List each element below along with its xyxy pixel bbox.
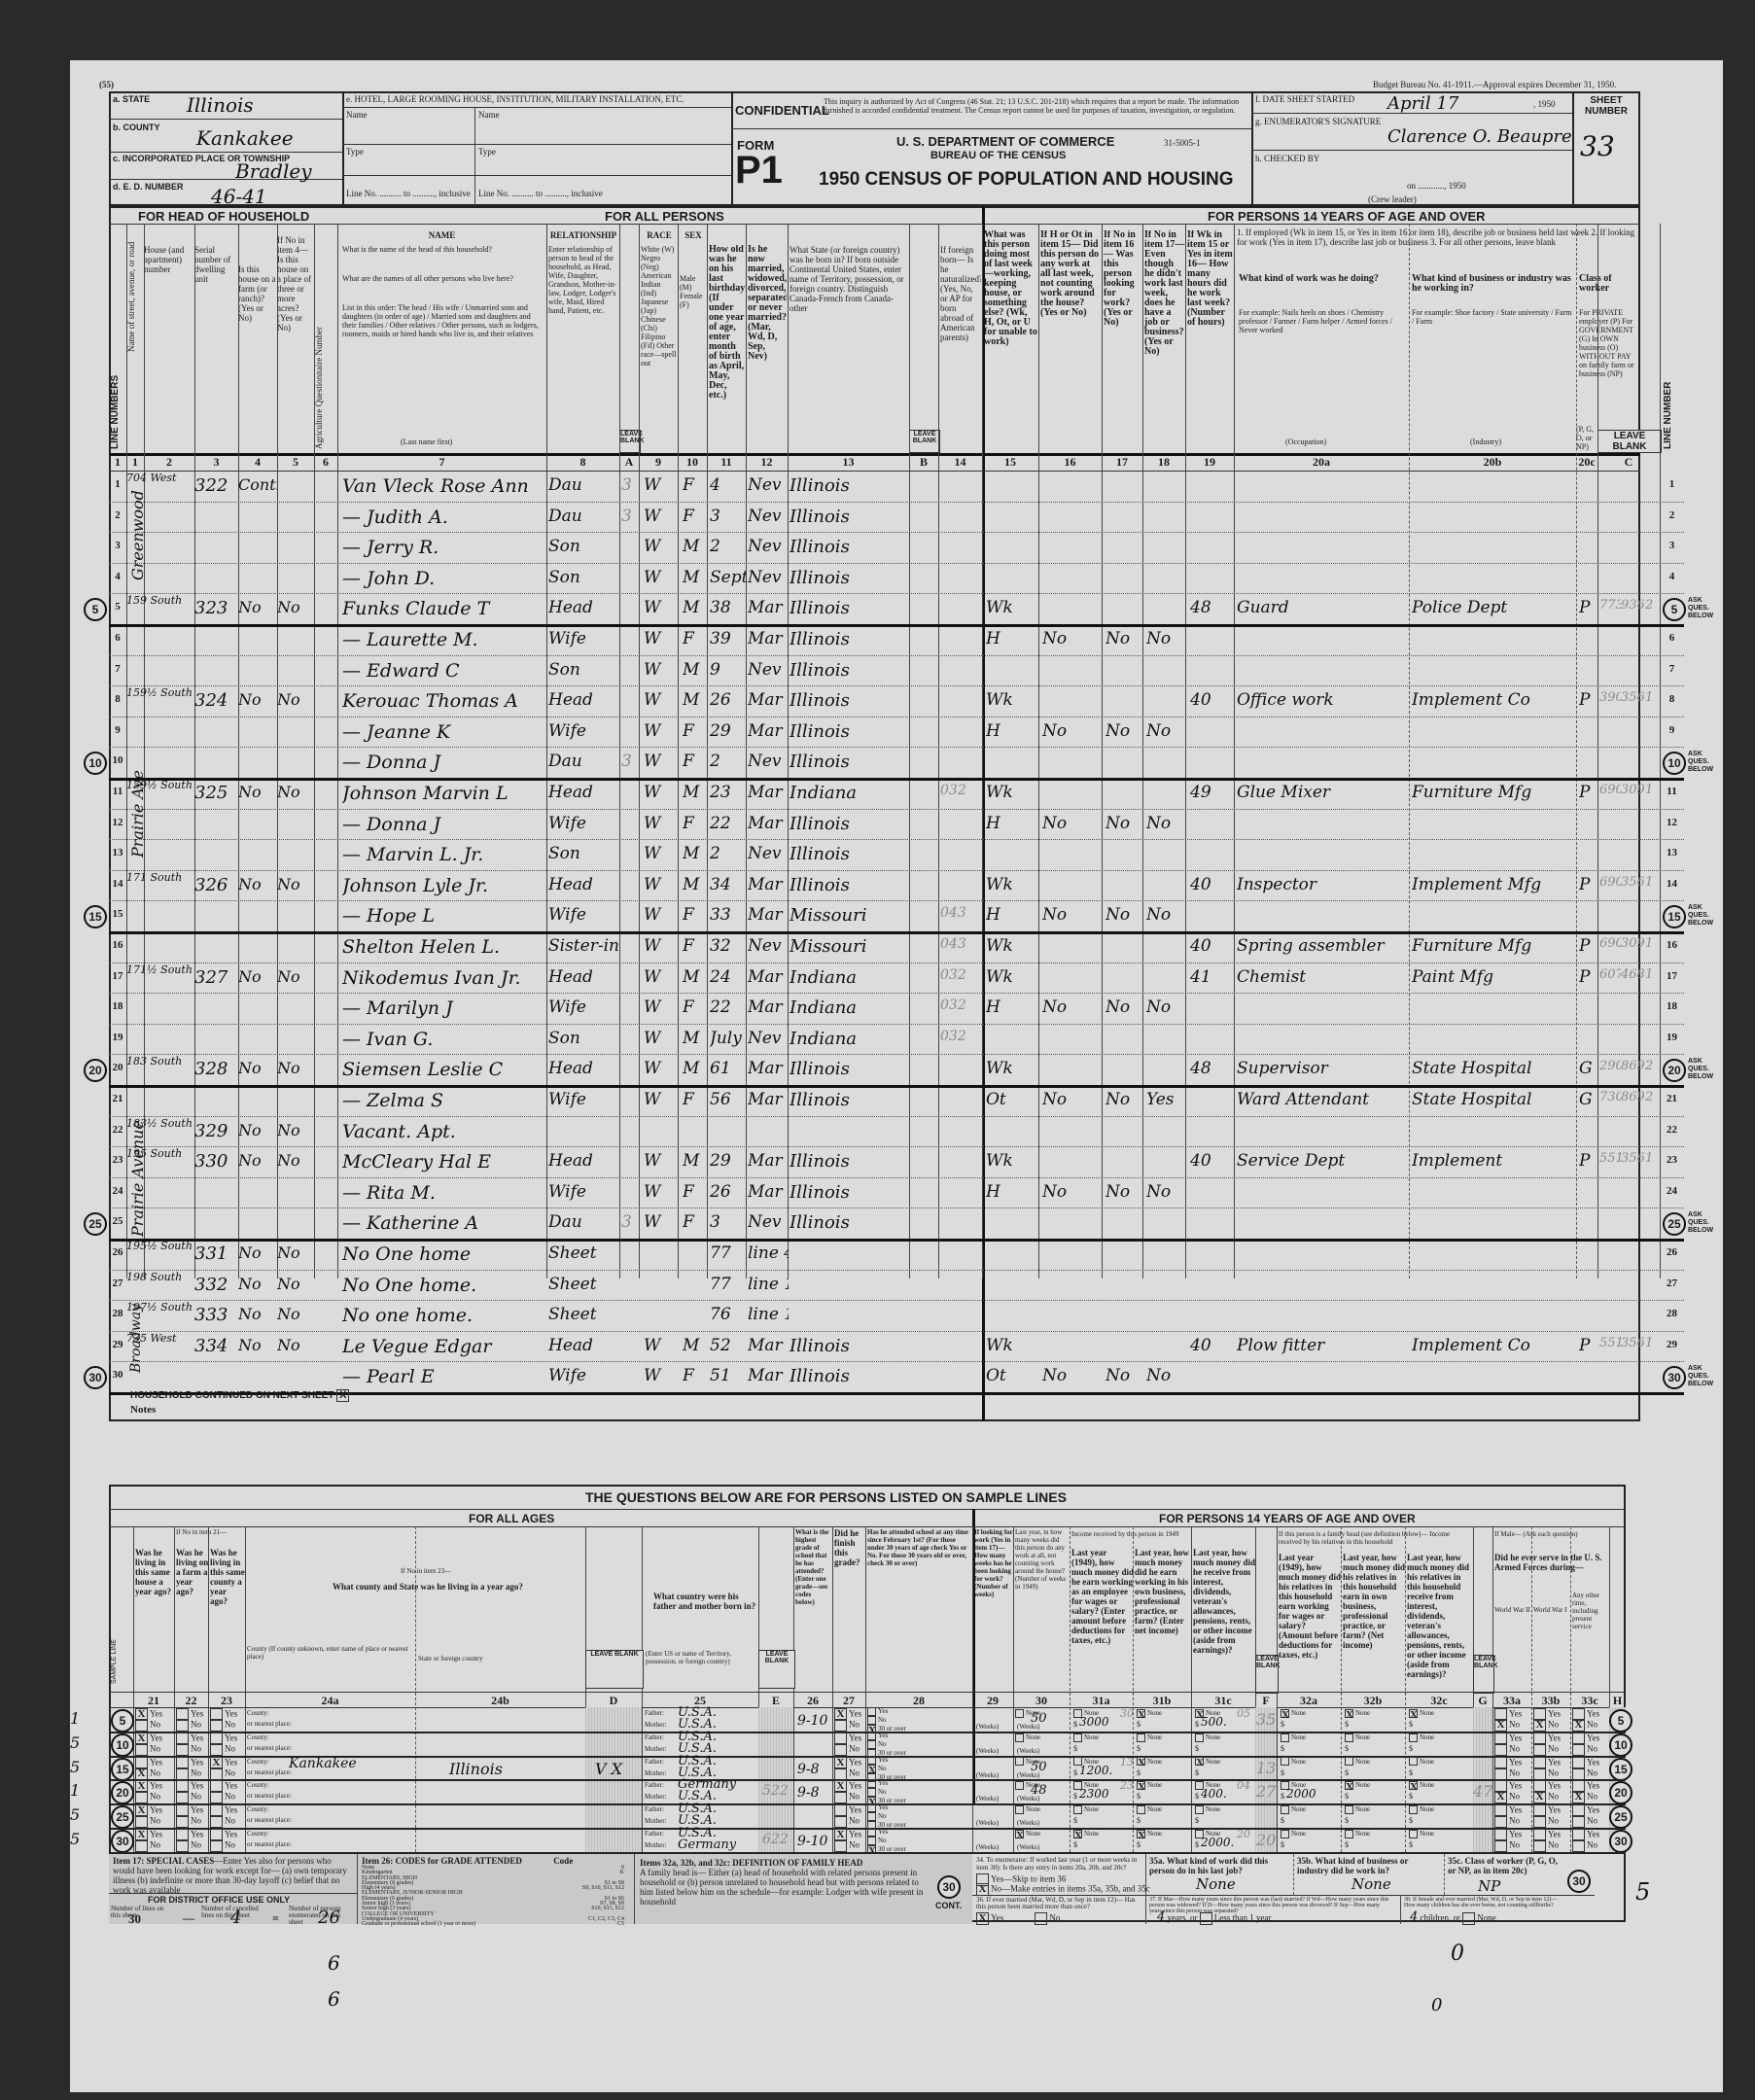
q38-suffix: children, or bbox=[1421, 1913, 1460, 1923]
q28-no-checkbox[interactable] bbox=[867, 1812, 876, 1821]
checkbox-label: No bbox=[150, 1840, 160, 1850]
cell-sex: F bbox=[683, 629, 707, 648]
checkbox-label: No bbox=[849, 1816, 860, 1826]
q31b-none-checkbox[interactable]: X bbox=[1137, 1709, 1145, 1718]
q28-no-checkbox[interactable] bbox=[867, 1716, 876, 1725]
cell-c15: Wk bbox=[986, 936, 1038, 956]
ask-questions-below: ASK QUES. BELOW bbox=[1688, 751, 1713, 774]
q31a-none-checkbox[interactable]: X bbox=[1073, 1830, 1082, 1838]
q31c-value: 500. bbox=[1201, 1715, 1227, 1729]
sample-line-marker-right: 20 bbox=[1663, 1059, 1686, 1082]
q28-yes-checkbox[interactable] bbox=[867, 1707, 876, 1716]
checkbox-label: No bbox=[1509, 1816, 1520, 1826]
cell-race: W bbox=[644, 752, 678, 771]
f-code: 20 bbox=[1256, 1831, 1276, 1849]
title-block: CONFIDENTIAL This inquiry is authorized … bbox=[731, 91, 1253, 206]
mother-label: Mother: bbox=[645, 1792, 667, 1802]
grade-value: 9-10 bbox=[797, 1834, 827, 1849]
q30-none-checkbox[interactable] bbox=[1015, 1709, 1024, 1718]
county-label: County: bbox=[247, 1757, 269, 1767]
sample-header-q33c: Any other time, including present servic… bbox=[1572, 1592, 1609, 1679]
header-c5: If No in item 4— Is this house on a plac… bbox=[277, 235, 314, 449]
state-value: Illinois bbox=[449, 1760, 503, 1778]
column-number: 6 bbox=[314, 455, 337, 470]
cell-name: — John D. bbox=[342, 568, 546, 589]
cell-rel: Son bbox=[548, 844, 618, 863]
other-no-checkbox[interactable]: X bbox=[1572, 1791, 1585, 1803]
checkbox-ww2-no: No bbox=[1494, 1743, 1520, 1756]
q32a-none-checkbox[interactable] bbox=[1281, 1757, 1289, 1766]
cell-code2: 936 bbox=[1621, 598, 1644, 612]
other-no-checkbox[interactable] bbox=[1572, 1815, 1585, 1828]
q32b-none-checkbox[interactable] bbox=[1345, 1757, 1353, 1766]
cell-race: W bbox=[644, 598, 678, 617]
q32a-none-checkbox[interactable] bbox=[1281, 1733, 1289, 1742]
ww1-no-checkbox[interactable]: X bbox=[1533, 1719, 1546, 1732]
q32b-none-checkbox[interactable] bbox=[1345, 1733, 1353, 1742]
ww1-no-checkbox[interactable] bbox=[1533, 1815, 1546, 1828]
q31b-none-checkbox[interactable]: X bbox=[1137, 1781, 1145, 1790]
weeks-label-29: (Weeks) bbox=[976, 1794, 999, 1803]
sample-header-q32b: Last year, how much money did his relati… bbox=[1343, 1553, 1405, 1689]
checkbox-label: No bbox=[150, 1720, 160, 1730]
sample-column-number: 24b bbox=[415, 1694, 585, 1708]
header-c12: Is he now married, widowed, divorced, se… bbox=[748, 245, 787, 449]
cell-rel: Dau bbox=[548, 507, 618, 526]
q28-yes-checkbox[interactable] bbox=[867, 1732, 876, 1740]
q31b-none-checkbox[interactable]: X bbox=[1137, 1757, 1145, 1766]
cell-born: Illinois bbox=[790, 1090, 908, 1110]
none-label: None bbox=[1147, 1758, 1162, 1766]
column-number: A bbox=[619, 455, 639, 470]
line-number: 16 bbox=[109, 939, 126, 951]
q28-yes-checkbox[interactable] bbox=[867, 1779, 876, 1788]
state-label: a. STATE bbox=[113, 94, 150, 104]
q28-yes-label: Yes bbox=[878, 1756, 888, 1764]
header-c20c: Class of worker bbox=[1579, 274, 1637, 303]
line-number-right: 16 bbox=[1660, 939, 1684, 951]
q30-none-checkbox[interactable]: X bbox=[1015, 1830, 1024, 1838]
q22-no-checkbox[interactable] bbox=[176, 1743, 189, 1756]
cell-race: W bbox=[644, 905, 678, 925]
q32c-none-checkbox[interactable] bbox=[1409, 1733, 1418, 1742]
q31c-none-checkbox[interactable] bbox=[1195, 1733, 1204, 1742]
checkbox-other-no: XNo bbox=[1572, 1719, 1597, 1732]
ww2-no-checkbox[interactable] bbox=[1494, 1767, 1507, 1780]
cell-rel: Sheet bbox=[548, 1305, 618, 1324]
line-number-right: 14 bbox=[1660, 878, 1684, 890]
other-no-checkbox[interactable] bbox=[1572, 1743, 1585, 1756]
checkbox-label: No bbox=[191, 1816, 201, 1826]
q21-no-checkbox[interactable] bbox=[135, 1743, 148, 1756]
q21-no-checkbox[interactable] bbox=[135, 1815, 148, 1828]
q23-no-checkbox[interactable] bbox=[210, 1719, 223, 1732]
checkbox-q22-no: No bbox=[176, 1815, 201, 1828]
ask-questions-below: ASK QUES. BELOW bbox=[1688, 597, 1713, 620]
cell-farm: No bbox=[238, 875, 277, 893]
checkbox-label: No bbox=[849, 1840, 860, 1850]
father-label: Father: bbox=[645, 1708, 664, 1718]
line-number-right: 28 bbox=[1660, 1308, 1684, 1319]
sample-column-number: 30 bbox=[1013, 1694, 1070, 1708]
q28-yes-label: Yes bbox=[878, 1732, 888, 1739]
q31a-none-checkbox[interactable] bbox=[1073, 1733, 1082, 1742]
cell-rel: Head bbox=[548, 875, 618, 894]
q32c-none-checkbox[interactable]: X bbox=[1409, 1781, 1418, 1790]
checkbox-label: No bbox=[1509, 1720, 1520, 1730]
cell-acres: No bbox=[277, 875, 314, 893]
checkbox-label: No bbox=[849, 1743, 860, 1753]
crew-leader-label: (Crew leader) bbox=[1368, 194, 1417, 204]
nearest-place-label: or nearest place: bbox=[247, 1839, 292, 1849]
other-no-checkbox[interactable] bbox=[1572, 1839, 1585, 1852]
q21-no-checkbox[interactable] bbox=[135, 1791, 148, 1803]
cell-code3: 1 bbox=[1645, 875, 1659, 890]
q28-no-checkbox[interactable]: X bbox=[867, 1765, 876, 1773]
ww2-no-checkbox[interactable]: X bbox=[1494, 1791, 1507, 1803]
dollar-sign: $ bbox=[1137, 1792, 1141, 1802]
sample-header-q33a: World War II bbox=[1494, 1606, 1533, 1645]
q37-less-checkbox[interactable] bbox=[1200, 1912, 1212, 1925]
q21-no-checkbox[interactable] bbox=[135, 1839, 148, 1852]
cell-race: W bbox=[644, 844, 678, 863]
cell-mar: Mar bbox=[748, 814, 789, 833]
ww1-no-checkbox[interactable] bbox=[1533, 1839, 1546, 1852]
budget-note: Budget Bureau No. 41-1911.—Approval expi… bbox=[1373, 80, 1616, 89]
checkbox-label: Yes bbox=[1509, 1781, 1522, 1791]
table-row: 22— Judith A.Dau3WF3NevIllinois bbox=[109, 502, 1684, 533]
dollar-sign: $ bbox=[1137, 1816, 1141, 1826]
cell-age: 2 bbox=[710, 537, 747, 556]
sample-section-title: THE QUESTIONS BELOW ARE FOR PERSONS LIST… bbox=[585, 1489, 1067, 1505]
dollar-sign: $ bbox=[1073, 1816, 1077, 1826]
cell-age: 3 bbox=[710, 507, 747, 526]
date-value: April 17 bbox=[1387, 93, 1458, 114]
column-number: 19 bbox=[1185, 455, 1234, 470]
table-row: 3030— Pearl EWifeWF51MarIllinoisOtNoNoNo… bbox=[109, 1361, 1684, 1392]
q31a-code: 30 bbox=[1120, 1707, 1134, 1720]
q22-no-checkbox[interactable] bbox=[176, 1719, 189, 1732]
q32c-none-checkbox[interactable] bbox=[1409, 1830, 1418, 1838]
q32b-none-checkbox[interactable] bbox=[1345, 1830, 1353, 1838]
cell-age: 3 bbox=[710, 1212, 747, 1232]
q31a-none: None bbox=[1073, 1732, 1099, 1742]
table-row: 99— Jeanne KWifeWF29MarIllinoisHNoNoNo bbox=[109, 717, 1684, 748]
q28-yes-checkbox[interactable] bbox=[867, 1756, 876, 1765]
cell-hrs: 41 bbox=[1190, 967, 1234, 987]
q22-no-checkbox[interactable] bbox=[176, 1767, 189, 1780]
lineno-label-2: Line No. .......... to .........., inclu… bbox=[478, 189, 726, 198]
g-code: 47 bbox=[1473, 1782, 1492, 1801]
cell-cls: P bbox=[1579, 783, 1598, 802]
q30-none-checkbox[interactable] bbox=[1015, 1805, 1024, 1814]
q21-no-checkbox[interactable]: X bbox=[135, 1767, 148, 1780]
checkbox-ww1-no: XNo bbox=[1533, 1719, 1559, 1732]
none-label: None bbox=[1291, 1805, 1306, 1813]
checkbox-label: No bbox=[1548, 1767, 1559, 1777]
cell-born: Illinois bbox=[790, 598, 908, 618]
checkbox-label: No bbox=[849, 1767, 860, 1777]
sample-line-marker-right: 30 bbox=[1663, 1366, 1686, 1389]
checkbox-ww1-no: No bbox=[1533, 1767, 1559, 1780]
cell-mar: Nev bbox=[748, 844, 789, 863]
cell-mar: line 1 bbox=[748, 1275, 789, 1294]
sample-header-sample-line: SAMPLE LINE bbox=[111, 1538, 132, 1684]
cell-c15: H bbox=[986, 629, 1038, 648]
cell-age: 52 bbox=[710, 1336, 747, 1355]
cell-born: Illinois bbox=[790, 660, 908, 681]
household-continued-checkbox[interactable]: X bbox=[336, 1389, 349, 1402]
table-row: 2121— Zelma SWifeWF56MarIllinoisOtNoNoYe… bbox=[109, 1085, 1684, 1116]
q23-no-checkbox[interactable] bbox=[210, 1815, 223, 1828]
cell-code3: 1 bbox=[1645, 783, 1659, 797]
sample-margin-mark: 1 bbox=[70, 1781, 80, 1800]
column-number: 1 bbox=[126, 455, 144, 470]
nearest-place-label: or nearest place: bbox=[247, 1791, 292, 1801]
cell-code3: 1 bbox=[1645, 690, 1659, 705]
ww2-no-checkbox[interactable] bbox=[1494, 1815, 1507, 1828]
e-code: 522 bbox=[762, 1783, 789, 1799]
ww1-no-checkbox[interactable]: X bbox=[1533, 1791, 1546, 1803]
q32b-none-checkbox[interactable]: X bbox=[1345, 1709, 1353, 1718]
special-cases: Item 17: SPECIAL CASES—Enter Yes also fo… bbox=[113, 1856, 351, 1895]
q30-none-checkbox[interactable] bbox=[1015, 1757, 1024, 1766]
cell-code2: 309 bbox=[1621, 936, 1644, 951]
checkbox-label: Yes bbox=[225, 1709, 237, 1719]
q23-no-checkbox[interactable] bbox=[210, 1767, 223, 1780]
checkbox-q27-no: No bbox=[834, 1719, 860, 1732]
q23-no-checkbox[interactable] bbox=[210, 1791, 223, 1803]
checkbox-q23-no: No bbox=[210, 1719, 235, 1732]
dollar-sign: $ bbox=[1073, 1768, 1077, 1778]
cell-age: 76 bbox=[710, 1305, 747, 1324]
cell-code1: 690 bbox=[1599, 783, 1621, 797]
q27-no-checkbox[interactable] bbox=[834, 1791, 847, 1803]
other-no-checkbox[interactable] bbox=[1572, 1767, 1585, 1780]
q32a-none-checkbox[interactable] bbox=[1281, 1805, 1289, 1814]
header-c3: Serial number of dwelling unit bbox=[194, 245, 238, 439]
table-row: 1010— Donna JDau3WF2NevIllinois1010ASK Q… bbox=[109, 747, 1684, 778]
q36-yes-checkbox[interactable]: X bbox=[976, 1912, 989, 1925]
q31b-none-checkbox[interactable] bbox=[1137, 1733, 1145, 1742]
cell-mar: Nev bbox=[748, 568, 789, 587]
checkbox-label: No bbox=[1548, 1792, 1559, 1802]
q28-no-checkbox[interactable] bbox=[867, 1788, 876, 1797]
q28-yes-checkbox[interactable] bbox=[867, 1828, 876, 1837]
sample-line-marker-right: 25 bbox=[1663, 1212, 1686, 1236]
grade-codes-title-text: Item 26: CODES for GRADE ATTENDED bbox=[362, 1856, 522, 1866]
q32a-none: None bbox=[1281, 1732, 1306, 1742]
cell-occ: Chemist bbox=[1237, 967, 1410, 987]
table-row: 77— Edward CSonWM9NevIllinois bbox=[109, 655, 1684, 686]
table-row: 55159 South323NoNoFunks Claude THeadWM38… bbox=[109, 593, 1684, 624]
cell-age: 56 bbox=[710, 1090, 747, 1109]
sample-header-q25-note: (Enter US or name of Territory, possessi… bbox=[646, 1650, 757, 1689]
q31c-none-checkbox[interactable] bbox=[1195, 1805, 1204, 1814]
cell-ind: Furniture Mfg bbox=[1412, 936, 1575, 956]
header-c8-title: RELATIONSHIP bbox=[548, 230, 618, 245]
q32c-none-checkbox[interactable] bbox=[1409, 1757, 1418, 1766]
q32c-none: None bbox=[1409, 1804, 1434, 1814]
q32a-none: None bbox=[1281, 1829, 1306, 1838]
q27-no-checkbox[interactable] bbox=[834, 1839, 847, 1852]
q28-no-label: No bbox=[878, 1740, 887, 1748]
ww1-no-checkbox[interactable] bbox=[1533, 1743, 1546, 1756]
none-label: None bbox=[1355, 1805, 1370, 1813]
cell-serial: 332 bbox=[194, 1275, 238, 1295]
cell-mar: Mar bbox=[748, 1336, 789, 1355]
line-number: 4 bbox=[109, 571, 126, 582]
cell-mar: Nev bbox=[748, 1212, 789, 1232]
cell-mar: Nev bbox=[748, 537, 789, 556]
cell-race: W bbox=[644, 997, 678, 1017]
q28-yes-checkbox[interactable] bbox=[867, 1803, 876, 1812]
cell-serial: 331 bbox=[194, 1243, 238, 1264]
cell-code2: 869 bbox=[1621, 1059, 1644, 1073]
q37-suffix: years, or bbox=[1168, 1913, 1198, 1923]
sample-header-q22: Was he living on a farm a year ago? bbox=[176, 1548, 209, 1684]
checkbox-label: Yes bbox=[191, 1709, 203, 1719]
cell-serial: 330 bbox=[194, 1151, 238, 1172]
q31a-none-checkbox[interactable] bbox=[1073, 1805, 1082, 1814]
stray-mark-1: 6 bbox=[328, 1951, 340, 1975]
sample-column-number: 26 bbox=[793, 1694, 832, 1708]
q32c-none: None bbox=[1409, 1732, 1434, 1742]
q31b-none-checkbox[interactable] bbox=[1137, 1805, 1145, 1814]
dollar-sign: $ bbox=[1195, 1768, 1199, 1778]
confidential-label: CONFIDENTIAL bbox=[735, 103, 829, 118]
other-no-checkbox[interactable]: X bbox=[1572, 1719, 1585, 1732]
cell-age: 2 bbox=[710, 752, 747, 771]
q23-no-checkbox[interactable] bbox=[210, 1839, 223, 1852]
ww2-no-checkbox[interactable] bbox=[1494, 1743, 1507, 1756]
ww2-no-checkbox[interactable] bbox=[1494, 1839, 1507, 1852]
date-label: f. DATE SHEET STARTED bbox=[1255, 94, 1354, 104]
dollar-sign: $ bbox=[1281, 1744, 1284, 1754]
q36-no-checkbox[interactable] bbox=[1035, 1912, 1047, 1925]
cell-c18: No bbox=[1146, 1366, 1185, 1385]
cell-serial: 326 bbox=[194, 875, 238, 895]
cell-race: W bbox=[644, 783, 678, 802]
cell-code1: 290 bbox=[1599, 1059, 1621, 1073]
cell-code1: 690 bbox=[1599, 936, 1621, 951]
none-label: None bbox=[1026, 1805, 1040, 1813]
cell-c16: No bbox=[1042, 905, 1101, 925]
q22-no-checkbox[interactable] bbox=[176, 1815, 189, 1828]
column-number: 12 bbox=[746, 455, 788, 470]
q23-no-checkbox[interactable] bbox=[210, 1743, 223, 1756]
q30-value: 50 bbox=[1031, 1711, 1047, 1726]
cell-c18: Yes bbox=[1146, 1090, 1185, 1109]
geo-block: a. STATE Illinois b. COUNTY Kankakee c. … bbox=[109, 91, 344, 206]
q32b-none-checkbox[interactable] bbox=[1345, 1805, 1353, 1814]
cell-name: Van Vleck Rose Ann bbox=[342, 475, 546, 497]
checkbox-q22-no: No bbox=[176, 1791, 201, 1803]
q32a-none-checkbox[interactable] bbox=[1281, 1830, 1289, 1838]
cell-acres: No bbox=[277, 1151, 314, 1170]
q22-no-checkbox[interactable] bbox=[176, 1791, 189, 1803]
dollar-sign: $ bbox=[1345, 1744, 1349, 1754]
q27-no-checkbox[interactable] bbox=[834, 1719, 847, 1732]
q32c-none-checkbox[interactable] bbox=[1409, 1805, 1418, 1814]
line-number-right: 3 bbox=[1660, 540, 1684, 551]
line-number-right: 7 bbox=[1660, 663, 1684, 675]
cell-serial: 323 bbox=[194, 598, 238, 618]
cell-c18: No bbox=[1146, 1182, 1185, 1202]
q27-no-checkbox[interactable] bbox=[834, 1743, 847, 1756]
q32b-none-checkbox[interactable]: X bbox=[1345, 1781, 1353, 1790]
sample-column-number: 28 bbox=[865, 1694, 972, 1708]
sample-header-q29: If looking for work (Yes in item 17)— Ho… bbox=[974, 1528, 1013, 1689]
q27-no-checkbox[interactable] bbox=[834, 1767, 847, 1780]
q30-none-checkbox[interactable] bbox=[1015, 1781, 1024, 1790]
cell-mar: Mar bbox=[748, 967, 789, 987]
q32b-none: XNone bbox=[1345, 1780, 1370, 1790]
cell-c17: No bbox=[1106, 814, 1142, 833]
q28-no-checkbox[interactable] bbox=[867, 1740, 876, 1749]
q36-yes-label: Yes bbox=[991, 1913, 1003, 1923]
sample-header-q24-pre: If No in item 23— bbox=[401, 1567, 498, 1581]
q31b-none-checkbox[interactable]: X bbox=[1137, 1830, 1145, 1838]
none-label: None bbox=[1420, 1781, 1434, 1789]
q21-no-checkbox[interactable] bbox=[135, 1719, 148, 1732]
q28-options: YesXNo30 or over bbox=[867, 1756, 906, 1782]
q32a-none-checkbox[interactable]: X bbox=[1281, 1709, 1289, 1718]
q38-none-checkbox[interactable] bbox=[1462, 1912, 1475, 1925]
cell-code1: 773 bbox=[1599, 598, 1621, 612]
line-number: 20 bbox=[109, 1062, 126, 1073]
ww1-no-checkbox[interactable] bbox=[1533, 1767, 1546, 1780]
cell-serial: 334 bbox=[194, 1336, 238, 1356]
cell-race: W bbox=[644, 568, 678, 587]
q31c-none-checkbox[interactable]: X bbox=[1195, 1757, 1204, 1766]
cell-cls: P bbox=[1579, 1336, 1598, 1355]
q30-none-checkbox[interactable] bbox=[1015, 1733, 1024, 1742]
checkbox-label: Yes bbox=[849, 1781, 861, 1791]
q28-no-checkbox[interactable] bbox=[867, 1837, 876, 1845]
form-id: P1 bbox=[735, 150, 783, 191]
bureau-label: BUREAU OF THE CENSUS bbox=[930, 150, 1066, 161]
q31b-none: XNone bbox=[1137, 1780, 1162, 1790]
cell-c15: Ot bbox=[986, 1366, 1038, 1385]
table-row: 33— Jerry R.SonWM2NevIllinois bbox=[109, 532, 1684, 563]
cell-code3: 1 bbox=[1645, 1336, 1659, 1350]
header-c20a: What kind of work was he doing? bbox=[1239, 274, 1404, 303]
checkbox-q22-no: No bbox=[176, 1839, 201, 1852]
cell-mar: Nev bbox=[748, 936, 789, 956]
checkbox-label: No bbox=[849, 1792, 860, 1802]
ww2-no-checkbox[interactable]: X bbox=[1494, 1719, 1507, 1732]
column-number: 13 bbox=[788, 455, 909, 470]
q22-no-checkbox[interactable] bbox=[176, 1839, 189, 1852]
cell-born: Illinois bbox=[790, 507, 908, 527]
type-label-2: Type bbox=[478, 147, 496, 157]
cell-ind: State Hospital bbox=[1412, 1090, 1575, 1109]
q32c-none-checkbox[interactable]: X bbox=[1409, 1709, 1418, 1718]
line-number: 11 bbox=[109, 786, 126, 797]
q37-value: 4 bbox=[1157, 1910, 1165, 1925]
cell-sex: F bbox=[683, 997, 707, 1017]
none-label: None bbox=[1206, 1733, 1220, 1741]
cell-rel: Sheet bbox=[548, 1275, 618, 1294]
cell-born: Illinois bbox=[790, 721, 908, 742]
q27-no-checkbox[interactable] bbox=[834, 1815, 847, 1828]
cell-name: — Laurette M. bbox=[342, 629, 546, 650]
cell-occ: Plow fitter bbox=[1237, 1336, 1410, 1355]
cell-street: 195½ South bbox=[126, 1241, 194, 1252]
line-number-right: 19 bbox=[1660, 1032, 1684, 1043]
cell-serial: 324 bbox=[194, 690, 238, 711]
